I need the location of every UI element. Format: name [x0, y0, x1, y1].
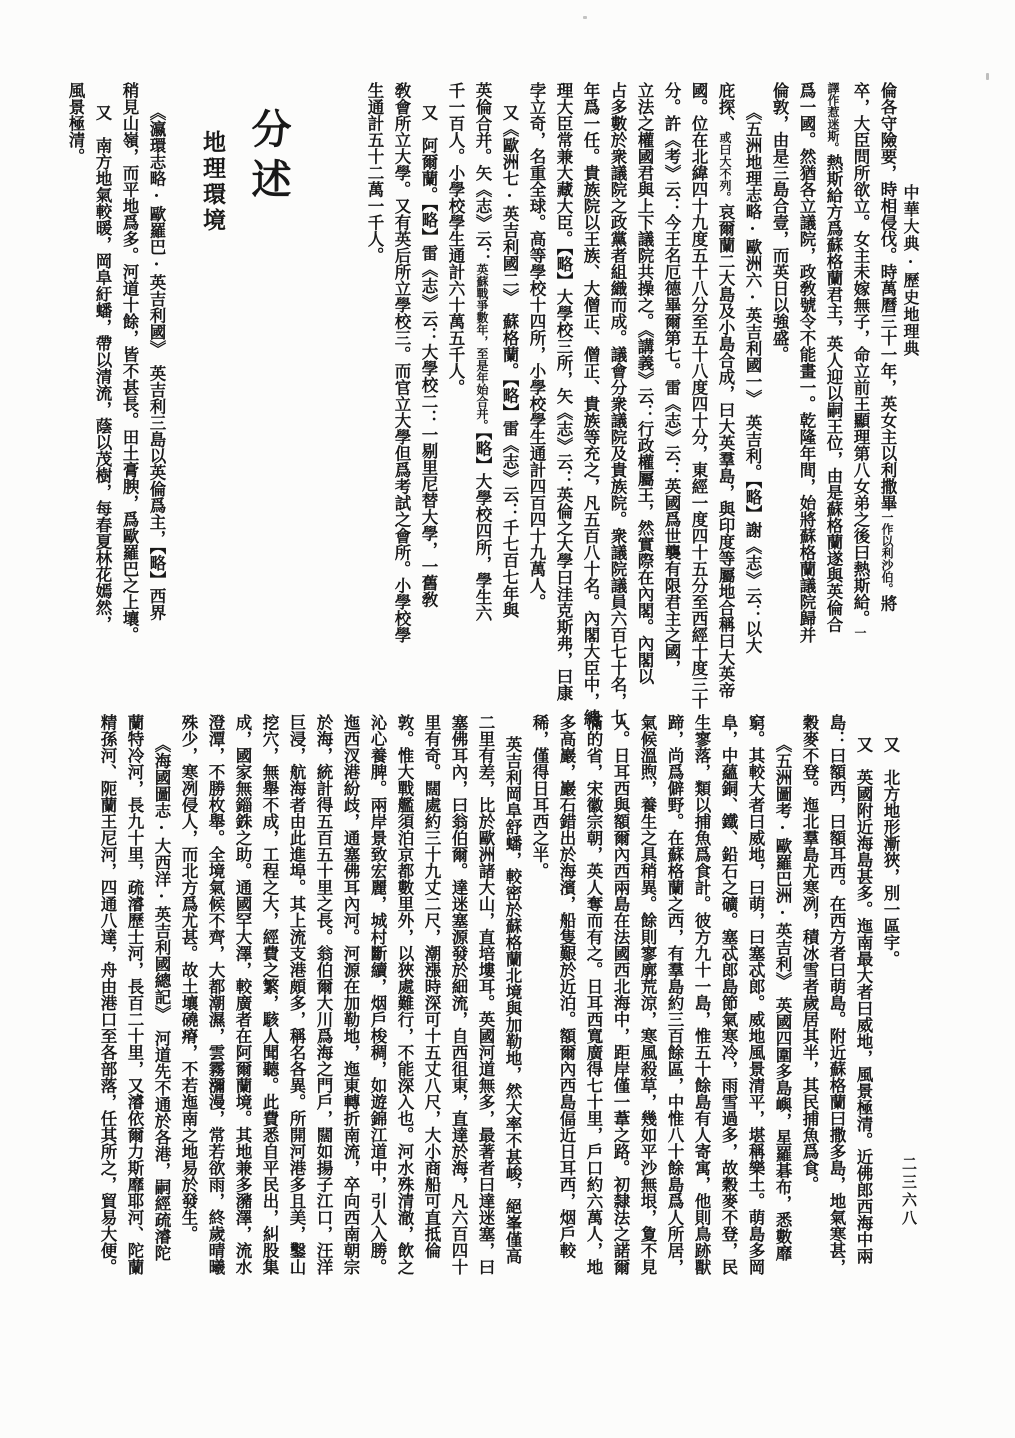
page-number: 二三六八 — [899, 1156, 920, 1228]
column-text: 千一百人。小學校學生通計六十萬五千人。 — [446, 82, 465, 396]
column-text: 沁心養脾。兩岸景致宏麗，城村斷續，烟戶梭稠，如遊錦江道中，引人入勝。 — [368, 714, 387, 1275]
column-text: 塞佛耳內，曰翁伯爾。達迷塞源發於細流，自西徂東，直達於海，凡六百四十 — [449, 714, 468, 1275]
text-column: 澄潭，不勝枚舉。全境氣候不齊，大都潮濕，雲霧瀰漫，常若欲雨，終歲晴曦 — [203, 714, 223, 1348]
column-text: 占多數於衆議院之政黨者組織而成。議會分衆議院及貴族院。衆議院議員六百七十名，七 — [608, 82, 627, 726]
text-column: 千一百人。小學校學生通計六十萬五千人。 — [443, 82, 463, 716]
text-column: 又《歐洲七·英吉利國二》 蘇格蘭。【略】雷《志》云：千七百七年與 — [497, 82, 517, 716]
text-column: 庇探、或曰大不列。哀爾蘭二大島及小島合成，曰大英羣島，與印度等屬地合稱曰大英帝 — [713, 82, 733, 716]
text-column: 又 北方地形漸狹，別一區宇。 — [878, 714, 898, 1348]
text-column: 國。位在北緯四十九度五十八分至五十八度四十分，東經一度四十五分至西經十度三十 — [686, 82, 706, 716]
column-text: 倫敦，由是三島合壹，而英日以強盛。 — [770, 82, 789, 363]
text-column: 二里有差，比於歐洲諸大山，直培塿耳。英國河道無多，最著者曰達迷塞，曰 — [473, 714, 493, 1348]
column-text: 卒，大臣問所欲立。女主未嫁無子，命立前王顯理第八女弟之後曰熱斯給。 — [851, 82, 870, 627]
text-column: 孛立奇，名重全球。高等學校十四所，小學校學生通計四百四十九萬人。 — [524, 82, 544, 716]
column-text: 《五洲地理志略·歐洲六·英吉利國一》 英吉利。【略】謝《志》云：以大 — [743, 104, 762, 654]
scan-artifact — [583, 16, 587, 19]
text-column: 氣候溫煦，養生之具稍異。餘則寥廓荒涼，寒風殺草，幾如平沙無垠，夐不見 — [635, 714, 655, 1348]
text-column: 島：曰額西，曰額耳西。在西方者曰萌島。附近蘇格蘭曰撒多島，地氣寒甚， — [824, 714, 844, 1348]
text-column: 窮。其較大者曰威地，曰萌，曰塞忒郎。威地風景清平，堪稱樂土。萌島多岡 — [743, 714, 763, 1348]
column-text: 又 阿爾蘭。【略】雷《志》云：大學校二：一剔里尼替大學，一舊敎 — [419, 104, 438, 607]
text-column: 稍見山嶺，而平地爲多。河道十餘，皆不甚長。田土膏腴，爲歐羅巴之上壤。 — [117, 82, 137, 716]
column-text: 哀爾蘭二大島及小島合成，曰大英羣島，與印度等屬地合稱曰大英帝 — [716, 204, 735, 699]
annotation-text: 譯作惹迷斯。 — [826, 82, 840, 154]
upper-text-block: 倫各守險要，時相侵伐。時萬曆三十一年，英女主以利撒畢一作以利沙伯。將卒，大臣問所… — [56, 82, 895, 716]
text-column: 又 南方地氣較暖，岡阜紆蟠，帶以清流，蔭以茂樹，每春夏林花嫣然， — [90, 82, 110, 716]
column-text: 國。位在北緯四十九度五十八分至五十八度四十分，東經一度四十五分至西經十度三十 — [689, 82, 708, 709]
column-text: 阜，中蘊銅、鐵、鉛石之礦。塞忒郎島節氣寒冷，雨雪過多，故穀麥不登，民 — [719, 714, 738, 1275]
column-text: 英倫合并。矢《志》云： — [473, 82, 492, 264]
column-text: 里有奇。闊處約三十九丈二尺，潮漲時深可十五丈八尺，大小商船可直抵倫 — [422, 714, 441, 1259]
column-text: 精孫河、阨蘭王尼河，四通八達，舟由港口至各部落，任其所之，貿易大便。 — [98, 714, 117, 1275]
column-text: 孛立奇，名重全球。高等學校十四所，小學校學生通計四百四十九萬人。 — [527, 82, 546, 610]
text-column: 蹄，尚爲僻野。在蘇格蘭之西，有羣島約三百餘區，中惟八十餘島爲人所居， — [662, 714, 682, 1348]
text-column: 理大臣常兼大藏大臣。【略】大學校三所，矢《志》云：英倫之大學曰洼克斯弗，曰康 — [551, 82, 571, 716]
text-column: 《五洲圖考·歐羅巴洲·英吉利》 英國四圍多島嶼，星羅碁布，悉數靡 — [770, 714, 790, 1348]
column-text: 年爲一任。貴族院以王族、大僧正、僧正、貴族等充之，凡五百八十名。內閣大臣中，總 — [581, 82, 600, 726]
text-column: 爲一國。然猶各立議院，政敎號令不能畫一。乾隆年間，始將蘇格蘭議院歸并 — [794, 82, 814, 716]
column-text: 滿的省，宋徽宗朝，英人奪而有之。日耳西寬廣得七十里，戶口約六萬人，地 — [584, 714, 603, 1275]
column-text: 《五洲圖考·歐羅巴洲·英吉利》 英國四圍多島嶼，星羅碁布，悉數靡 — [773, 736, 792, 1261]
text-column: 挖穴，無舉不成，工程之大，經費之繁，駭人聞聽。此費悉自平民出，糾股集 — [257, 714, 277, 1348]
column-text: 稀，僅得日耳西之半。 — [530, 714, 549, 879]
column-text: 多高巖，巖石錯出於海濱，船隻艱於近泊。額爾內西島偪近日耳西，烟戶較 — [557, 714, 576, 1259]
column-text: 敦。惟大戰艦須泊京都數里外，以狹處難行，不能深入也。河水殊清澈，飲之 — [395, 714, 414, 1275]
text-column: 里有奇。闊處約三十九丈二尺，潮漲時深可十五丈八尺，大小商船可直抵倫 — [419, 714, 439, 1348]
text-column: 風景極清。 — [63, 82, 83, 716]
column-text: 【略】大學校四所，學生六 — [473, 432, 492, 622]
column-text: 倫各守險要，時相侵伐。時萬曆三十一年，英女主以利撒畢 — [878, 82, 897, 511]
text-column: 生寥落，類以捕魚爲食計。彼方九十一島，惟五十餘島有人寄寓，他則鳥跡獸 — [689, 714, 709, 1348]
column-text: 又《歐洲七·英吉利國二》 蘇格蘭。【略】雷《志》云：千七百七年與 — [500, 104, 519, 618]
text-column: 殊少，寒冽侵人，而北方爲尤甚。故土壤磽瘠，不若迤南之地易於發生。 — [176, 714, 196, 1348]
text-column: 稀，僅得日耳西之半。 — [527, 714, 547, 1348]
column-text: 理大臣常兼大藏大臣。【略】大學校三所，矢《志》云：英倫之大學曰洼克斯弗，曰康 — [554, 82, 573, 701]
text-column: 英倫合并。矢《志》云：英蘇戰爭數年，至是年始合并。【略】大學校四所，學生六 — [470, 82, 490, 716]
column-text: 氣候溫煦，養生之具稍異。餘則寥廓荒涼，寒風殺草，幾如平沙無垠，夐不見 — [638, 714, 657, 1275]
text-column: 倫各守險要，時相侵伐。時萬曆三十一年，英女主以利撒畢一作以利沙伯。將 — [875, 82, 895, 716]
column-text: 《瀛環志略·歐羅巴·英吉利國》 英吉利三島以英倫爲主，【略】西界 — [147, 104, 166, 621]
text-column: 人。日耳西與額爾內西兩島在法國西北海中，距岸僅一葦之路。初隸法之諾爾 — [608, 714, 628, 1348]
section-subtitle: 地理環境 — [192, 82, 224, 716]
text-column: 迤西汊港紛歧，通塞佛耳內河。河源在加勒地，迤東轉折南流，卒向西南朝宗 — [338, 714, 358, 1348]
text-column: 精孫河、阨蘭王尼河，四通八達，舟由港口至各部落，任其所之，貿易大便。 — [95, 714, 115, 1348]
lower-text-block: 又 北方地形漸狹，別一區宇。又 英國附近海島甚多。迤南最大者曰威地，風景極清。近… — [88, 714, 898, 1348]
text-column: 巨浸，航海者由此進埠。其上流支港頗多，稱名各異。所開河港多且美，鑿山 — [284, 714, 304, 1348]
scanned-book-page: 中華大典·歷史地理典 倫各守險要，時相侵伐。時萬曆三十一年，英女主以利撒畢一作以… — [0, 0, 1015, 1438]
column-text: 英吉利岡阜舒蟠，較密於蘇格蘭北境與加勒地，然大率不甚峻，絕峯僅高 — [503, 736, 522, 1264]
column-text: 窮。其較大者曰威地，曰萌，曰塞忒郎。威地風景清平，堪稱樂土。萌島多岡 — [746, 714, 765, 1275]
text-column: 多高巖，巖石錯出於海濱，船隻艱於近泊。額爾內西島偪近日耳西，烟戶較 — [554, 714, 574, 1348]
text-column: 英吉利岡阜舒蟠，較密於蘇格蘭北境與加勒地，然大率不甚峻，絕峯僅高 — [500, 714, 520, 1348]
annotation-text: 一作以利沙伯。 — [880, 511, 894, 595]
text-column: 分。許《考》云：今王名厄德畢爾第七。雷《志》云：英國爲世襲有限君主之國， — [659, 82, 679, 716]
volume-title: 中華大典·歷史地理典 — [899, 184, 922, 357]
annotation-text: 或曰大不列。 — [718, 132, 732, 204]
column-text: 殊少，寒冽侵人，而北方爲尤甚。故土壤磽瘠，不若迤南之地易於發生。 — [179, 714, 198, 1242]
text-column: 成，國家無錙銖之助。通國罕大澤，較廣者在阿爾蘭境。其地兼多瀦澤，流水 — [230, 714, 250, 1348]
column-text: 庇探、 — [716, 82, 735, 132]
column-text: 澄潭，不勝枚舉。全境氣候不齊，大都潮濕，雲霧瀰漫，常若欲雨，終歲晴曦 — [206, 714, 225, 1275]
column-text: 稍見山嶺，而平地爲多。河道十餘，皆不甚長。田土膏腴，爲歐羅巴之上壤。 — [120, 82, 139, 643]
column-text: 爲一國。然猶各立議院，政敎號令不能畫一。乾隆年間，始將蘇格蘭議院歸并 — [797, 82, 816, 643]
text-column: 穀麥不登。迤北羣島尤寒冽，積冰雪者歲居其半，其民捕魚爲食。 — [797, 714, 817, 1348]
text-column: 沁心養脾。兩岸景致宏麗，城村斷續，烟戶梭稠，如遊錦江道中，引人入勝。 — [365, 714, 385, 1348]
column-text: 穀麥不登。迤北羣島尤寒冽，積冰雪者歲居其半，其民捕魚爲食。 — [800, 714, 819, 1193]
text-column: 《瀛環志略·歐羅巴·英吉利國》 英吉利三島以英倫爲主，【略】西界 — [144, 82, 164, 716]
text-column: 《五洲地理志略·歐洲六·英吉利國一》 英吉利。【略】謝《志》云：以大 — [740, 82, 760, 716]
text-column: 譯作惹迷斯。熱斯給方爲蘇格蘭君主，英人迎以嗣王位，由是蘇格蘭遂與英倫合 — [821, 82, 841, 716]
column-text: 蹄，尚爲僻野。在蘇格蘭之西，有羣島約三百餘區，中惟八十餘島爲人所居， — [665, 714, 684, 1275]
text-column: 占多數於衆議院之政黨者組織而成。議會分衆議院及貴族院。衆議院議員六百七十名，七 — [605, 82, 625, 716]
column-text: 又 南方地氣較暖，岡阜紆蟠，帶以清流，蔭以茂樹，每春夏林花嫣然， — [93, 104, 112, 632]
column-text: 巨浸，航海者由此進埠。其上流支港頗多，稱名各異。所開河港多且美，鑿山 — [287, 714, 306, 1275]
text-column: 倫敦，由是三島合壹，而英日以強盛。 — [767, 82, 787, 716]
text-column: 於海，統計得五百五十里之長。翁伯爾大川爲海之門戶，闊如揚子江口，汪洋 — [311, 714, 331, 1348]
text-column: 卒，大臣問所欲立。女主未嫁無子，命立前王顯理第八女弟之後曰熱斯給。一 — [848, 82, 868, 716]
text-column: 敦。惟大戰艦須泊京都數里外，以狹處難行，不能深入也。河水殊清澈，飲之 — [392, 714, 412, 1348]
text-column: 又 英國附近海島甚多。迤南最大者曰威地，風景極清。近佛郎西海中兩 — [851, 714, 871, 1348]
column-text: 又 英國附近海島甚多。迤南最大者曰威地，風景極清。近佛郎西海中兩 — [854, 736, 873, 1264]
column-text: 分。許《考》云：今王名厄德畢爾第七。雷《志》云：英國爲世襲有限君主之國， — [662, 82, 681, 676]
column-text: 立法之權國君與上下議院共操之。《講義》云：行政權屬王，然實際在內閣。內閣以 — [635, 82, 654, 684]
column-text: 二里有差，比於歐洲諸大山，直培塿耳。英國河道無多，最著者曰達迷塞，曰 — [476, 714, 495, 1275]
text-column: 又 阿爾蘭。【略】雷《志》云：大學校二：一剔里尼替大學，一舊敎 — [416, 82, 436, 716]
scan-artifact — [986, 73, 989, 80]
annotation-text: 英蘇戰爭數年，至是年始合并。 — [475, 264, 489, 432]
column-text: 島：曰額西，曰額耳西。在西方者曰萌島。附近蘇格蘭曰撒多島，地氣寒甚， — [827, 714, 846, 1275]
column-text: 生寥落，類以捕魚爲食計。彼方九十一島，惟五十餘島有人寄寓，他則鳥跡獸 — [692, 714, 711, 1275]
column-text: 迤西汊港紛歧，通塞佛耳內河。河源在加勒地，迤東轉折南流，卒向西南朝宗 — [341, 714, 360, 1275]
column-text: 挖穴，無舉不成，工程之大，經費之繁，駭人聞聽。此費悉自平民出，糾股集 — [260, 714, 279, 1275]
column-text: 蘭特冷河，長九十里，疏濬歷士河，長百二十里，又濬依爾力斯靡耶河、陀蘭 — [125, 714, 144, 1275]
column-text: 人。日耳西與額爾內西兩島在法國西北海中，距岸僅一葦之路。初隸法之諾爾 — [611, 714, 630, 1275]
text-column: 阜，中蘊銅、鐵、鉛石之礦。塞忒郎島節氣寒冷，雨雪過多，故穀麥不登，民 — [716, 714, 736, 1348]
column-text: 敎會所立大學。又有英后所立學校三。而官立大學但爲考試之會所。小學校學 — [392, 82, 411, 643]
text-column: 塞佛耳內，曰翁伯爾。達迷塞源發於細流，自西徂東，直達於海，凡六百四十 — [446, 714, 466, 1348]
text-column: 年爲一任。貴族院以王族、大僧正、僧正、貴族等充之，凡五百八十名。內閣大臣中，總 — [578, 82, 598, 716]
column-text: 成，國家無錙銖之助。通國罕大澤，較廣者在阿爾蘭境。其地兼多瀦澤，流水 — [233, 714, 252, 1275]
text-column: 滿的省，宋徽宗朝，英人奪而有之。日耳西寬廣得七十里，戶口約六萬人，地 — [581, 714, 601, 1348]
column-text: 又 北方地形漸狹，別一區宇。 — [881, 736, 900, 967]
text-column: 生通計五十二萬一千人。 — [362, 82, 382, 716]
column-text: 生通計五十二萬一千人。 — [365, 82, 384, 264]
text-column: 《海國圖志·大西洋·英吉利國總記》 河道先不通於各港，嗣經疏濬陀 — [149, 714, 169, 1348]
section-title: 分述 — [230, 82, 288, 716]
column-text: 將 — [878, 595, 897, 612]
text-column: 立法之權國君與上下議院共操之。《講義》云：行政權屬王，然實際在內閣。內閣以 — [632, 82, 652, 716]
annotation-text: 一 — [853, 627, 867, 639]
text-column: 蘭特冷河，長九十里，疏濬歷士河，長百二十里，又濬依爾力斯靡耶河、陀蘭 — [122, 714, 142, 1348]
column-text: 風景極清。 — [66, 82, 85, 165]
column-text: 熱斯給方爲蘇格蘭君主，英人迎以嗣王位，由是蘇格蘭遂與英倫合 — [824, 154, 843, 633]
column-text: 《海國圖志·大西洋·英吉利國總記》 河道先不通於各港，嗣經疏濬陀 — [152, 736, 171, 1261]
text-column: 敎會所立大學。又有英后所立學校三。而官立大學但爲考試之會所。小學校學 — [389, 82, 409, 716]
column-text: 於海，統計得五百五十里之長。翁伯爾大川爲海之門戶，闊如揚子江口，汪洋 — [314, 714, 333, 1275]
